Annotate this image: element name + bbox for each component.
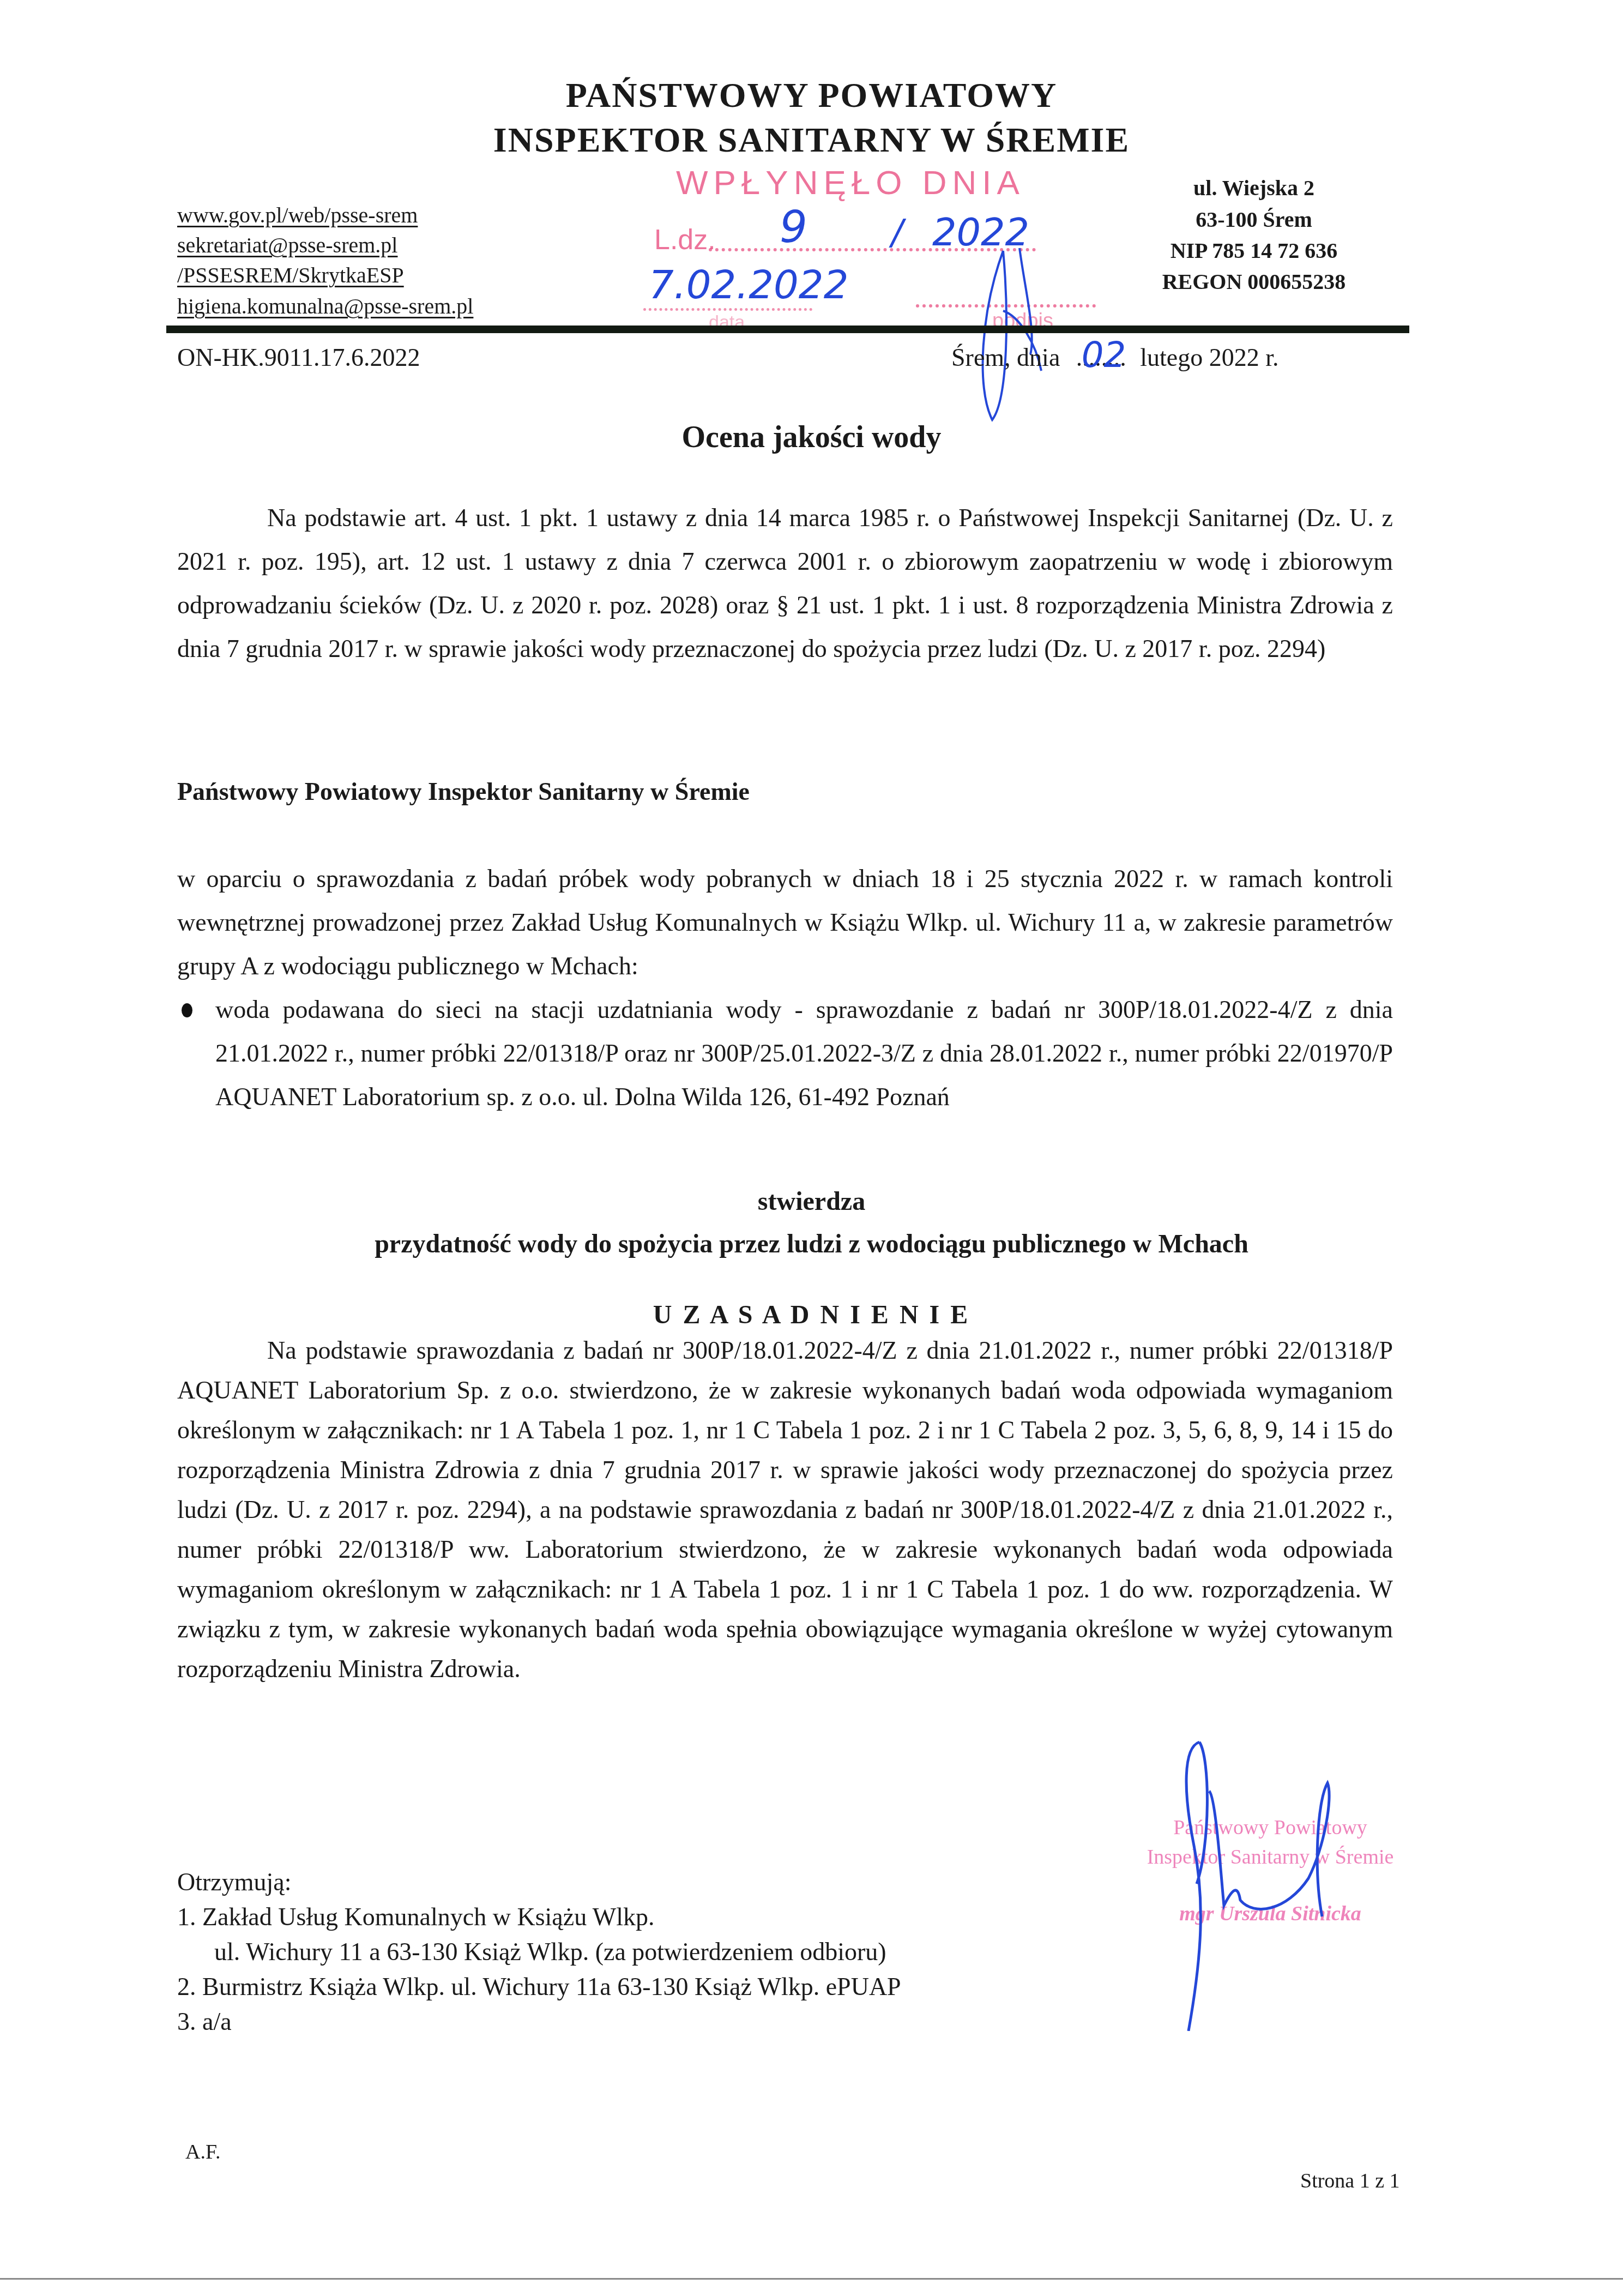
received-stamp-title: WPŁYNĘŁO DNIA: [676, 164, 1025, 202]
recipient-item: 2. Burmistrz Książa Wlkp. ul. Wichury 11…: [177, 1969, 901, 2004]
handwritten-ldz-slash: /: [891, 213, 903, 253]
recipient-number: 3.: [177, 2008, 196, 2035]
page-number: Strona 1 z 1: [1300, 2169, 1400, 2193]
recipient-name: a/a: [202, 2008, 232, 2035]
address-city: 63-100 Śrem: [1101, 209, 1407, 231]
recipient-name: Zakład Usług Komunalnych w Książu Wlkp.: [202, 1903, 655, 1931]
recipients-list: Otrzymują: 1. Zakład Usług Komunalnych w…: [177, 1865, 901, 2039]
office-title-line2: INSPEKTOR SANITARNY W ŚREMIE: [0, 123, 1623, 158]
date-dotted-line: [643, 308, 812, 311]
place-date-prefix: Śrem, dnia: [951, 344, 1060, 371]
justification-heading: U Z A S A D N I E N I E: [0, 1302, 1623, 1328]
reference-number: ON-HK.9011.17.6.2022: [177, 345, 420, 370]
scan-edge-line: [0, 2278, 1623, 2280]
basis-reports-paragraph: w oparciu o sprawozdania z badań próbek …: [177, 857, 1393, 988]
contact-email-link[interactable]: sekretariat@psse-srem.pl: [177, 234, 397, 256]
contact-website-link[interactable]: www.gov.pl/web/psse-srem: [177, 204, 418, 226]
address-street: ul. Wiejska 2: [1101, 177, 1407, 199]
recipient-name: Burmistrz Książa Wlkp. ul. Wichury 11a 6…: [202, 1973, 901, 2000]
bullet-icon: [182, 1003, 192, 1017]
handwritten-signature-icon: [1129, 1737, 1412, 2031]
authority-name: Państwowy Powiatowy Inspektor Sanitarny …: [177, 770, 1393, 813]
decision-verb: stwierdza: [0, 1189, 1623, 1215]
recipient-item: 1. Zakład Usług Komunalnych w Książu Wlk…: [177, 1900, 901, 1935]
author-initials: A.F.: [185, 2140, 221, 2164]
handwritten-initials-icon: [970, 245, 1058, 425]
contact-epuap-link[interactable]: /PSSESREM/SkrytkaESP: [177, 264, 404, 286]
recipient-number: 2.: [177, 1973, 196, 2000]
header-divider: [166, 326, 1409, 333]
address-regon: REGON 000655238: [1101, 271, 1407, 293]
contact-hygiene-email-link[interactable]: higiena.komunalna@psse-srem.pl: [177, 296, 473, 317]
handwritten-ldz-number: 9: [780, 202, 807, 252]
sample-report-item: woda podawana do sieci na stacji uzdatni…: [215, 988, 1393, 1119]
justification-paragraph: Na podstawie sprawozdania z badań nr 300…: [177, 1330, 1393, 1689]
received-stamp: WPŁYNĘŁO DNIA L.dz. 9 / 2022 7.02.2022 d…: [643, 164, 1112, 338]
place-date: Śrem, dnia ........ 02 lutego 2022 r.: [951, 345, 1279, 370]
office-title-line1: PAŃSTWOWY POWIATOWY: [0, 78, 1623, 113]
document-title: Ocena jakości wody: [0, 420, 1623, 455]
recipient-address: ul. Wichury 11 a 63-130 Książ Wlkp. (za …: [177, 1935, 901, 1969]
decision-statement: przydatność wody do spożycia przez ludzi…: [0, 1231, 1623, 1257]
address-nip: NIP 785 14 72 636: [1101, 240, 1407, 262]
legal-basis-paragraph: Na podstawie art. 4 ust. 1 pkt. 1 ustawy…: [177, 496, 1393, 671]
recipient-item: 3. a/a: [177, 2004, 901, 2039]
handwritten-received-date: 7.02.2022: [649, 262, 848, 308]
handwritten-day: 02: [1082, 338, 1126, 373]
signature-stamp: Państwowy Powiatowy Inspektor Sanitarny …: [1079, 1813, 1461, 1976]
received-stamp-ldz-label: L.dz.: [654, 224, 716, 256]
recipient-number: 1.: [177, 1903, 196, 1931]
day-field: ........ 02: [1076, 344, 1133, 371]
month-year: lutego 2022 r.: [1140, 344, 1278, 371]
sample-report-list: woda podawana do sieci na stacji uzdatni…: [177, 988, 1393, 1119]
recipients-label: Otrzymują:: [177, 1865, 901, 1900]
